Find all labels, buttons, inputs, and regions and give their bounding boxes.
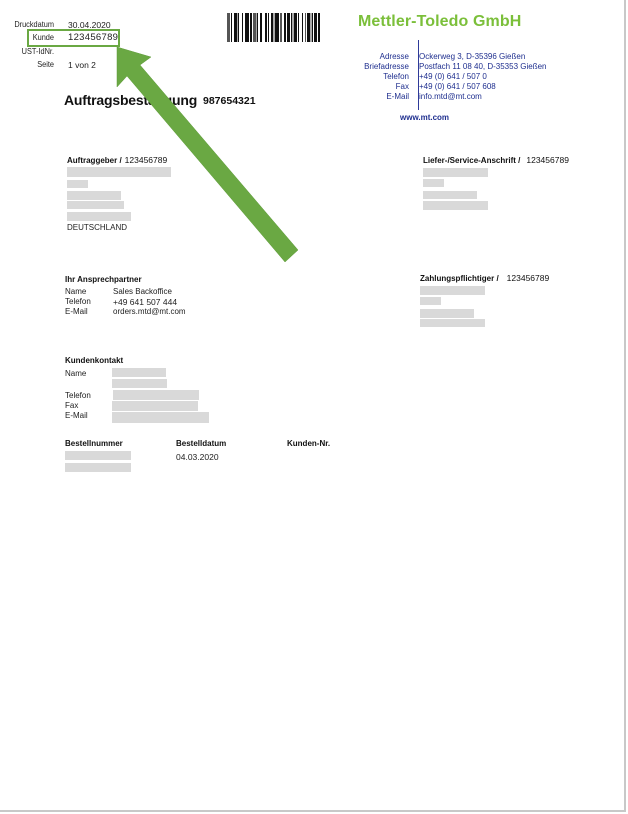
redacted-field	[112, 401, 198, 411]
bestelldatum-heading: Bestelldatum	[176, 439, 226, 448]
redacted-field	[112, 368, 166, 377]
document-page: Druckdatum 30.04.2020 Kunde 123456789 US…	[0, 0, 626, 812]
redacted-field	[67, 201, 124, 209]
redacted-field	[420, 319, 485, 327]
ansprechpartner-name: Sales Backoffice	[113, 287, 172, 296]
meta-label-druckdatum: Druckdatum	[6, 20, 54, 29]
redacted-field	[420, 309, 474, 318]
document-title: Auftragsbestätigung	[64, 92, 197, 108]
ansprechpartner-label: Telefon	[65, 297, 91, 306]
redacted-field	[112, 412, 209, 423]
auftraggeber-country: DEUTSCHLAND	[67, 223, 127, 232]
meta-value-seite: 1 von 2	[68, 60, 96, 70]
ansprechpartner-phone: +49 641 507 444	[113, 297, 177, 307]
redacted-field	[65, 463, 131, 472]
address-row: Telefon+49 (0) 641 / 507 0	[360, 72, 547, 82]
kundenkontakt-label: E-Mail	[65, 411, 88, 420]
redacted-field	[420, 297, 441, 305]
redacted-field	[67, 191, 121, 200]
company-name: Mettler-Toledo GmbH	[358, 13, 521, 31]
redacted-field	[113, 390, 199, 400]
lieferanschrift-heading: Liefer-/Service-Anschrift /123456789	[423, 155, 569, 165]
address-row: BriefadressePostfach 11 08 40, D-35353 G…	[360, 62, 547, 72]
redacted-field	[67, 212, 131, 221]
redacted-field	[112, 379, 167, 388]
meta-label-seite: Seite	[6, 60, 54, 69]
address-row: Fax+49 (0) 641 / 507 608	[360, 82, 547, 92]
ansprechpartner-label: E-Mail	[65, 307, 88, 316]
redacted-field	[67, 167, 171, 177]
kunden-nr-heading: Kunden-Nr.	[287, 439, 330, 448]
kundenkontakt-heading: Kundenkontakt	[65, 356, 123, 365]
company-address: AdresseOckerweg 3, D-35396 Gießen Briefa…	[360, 52, 547, 102]
document-number: 987654321	[203, 95, 256, 107]
kundenkontakt-label: Telefon	[65, 391, 91, 400]
bestellnummer-heading: Bestellnummer	[65, 439, 123, 448]
redacted-field	[420, 286, 485, 295]
redacted-field	[423, 168, 488, 177]
website-link[interactable]: www.mt.com	[400, 113, 449, 122]
address-row: AdresseOckerweg 3, D-35396 Gießen	[360, 52, 547, 62]
ansprechpartner-heading: Ihr Ansprechpartner	[65, 275, 142, 284]
redacted-field	[423, 201, 488, 210]
address-row: E-Mailinfo.mtd@mt.com	[360, 92, 547, 102]
barcode-icon	[227, 13, 323, 42]
redacted-field	[423, 191, 477, 199]
ansprechpartner-label: Name	[65, 287, 86, 296]
kundenkontakt-label: Fax	[65, 401, 78, 410]
highlight-box	[27, 29, 120, 47]
bestelldatum-value: 04.03.2020	[176, 452, 219, 462]
redacted-field	[65, 451, 131, 460]
meta-label-ust: UST-IdNr.	[6, 47, 54, 56]
redacted-field	[67, 180, 88, 188]
zahlungspflichtiger-heading: Zahlungspflichtiger /123456789	[420, 273, 549, 283]
kundenkontakt-label: Name	[65, 369, 86, 378]
ansprechpartner-email[interactable]: orders.mtd@mt.com	[113, 307, 186, 316]
redacted-field	[423, 179, 444, 187]
auftraggeber-heading: Auftraggeber /123456789	[67, 155, 167, 165]
